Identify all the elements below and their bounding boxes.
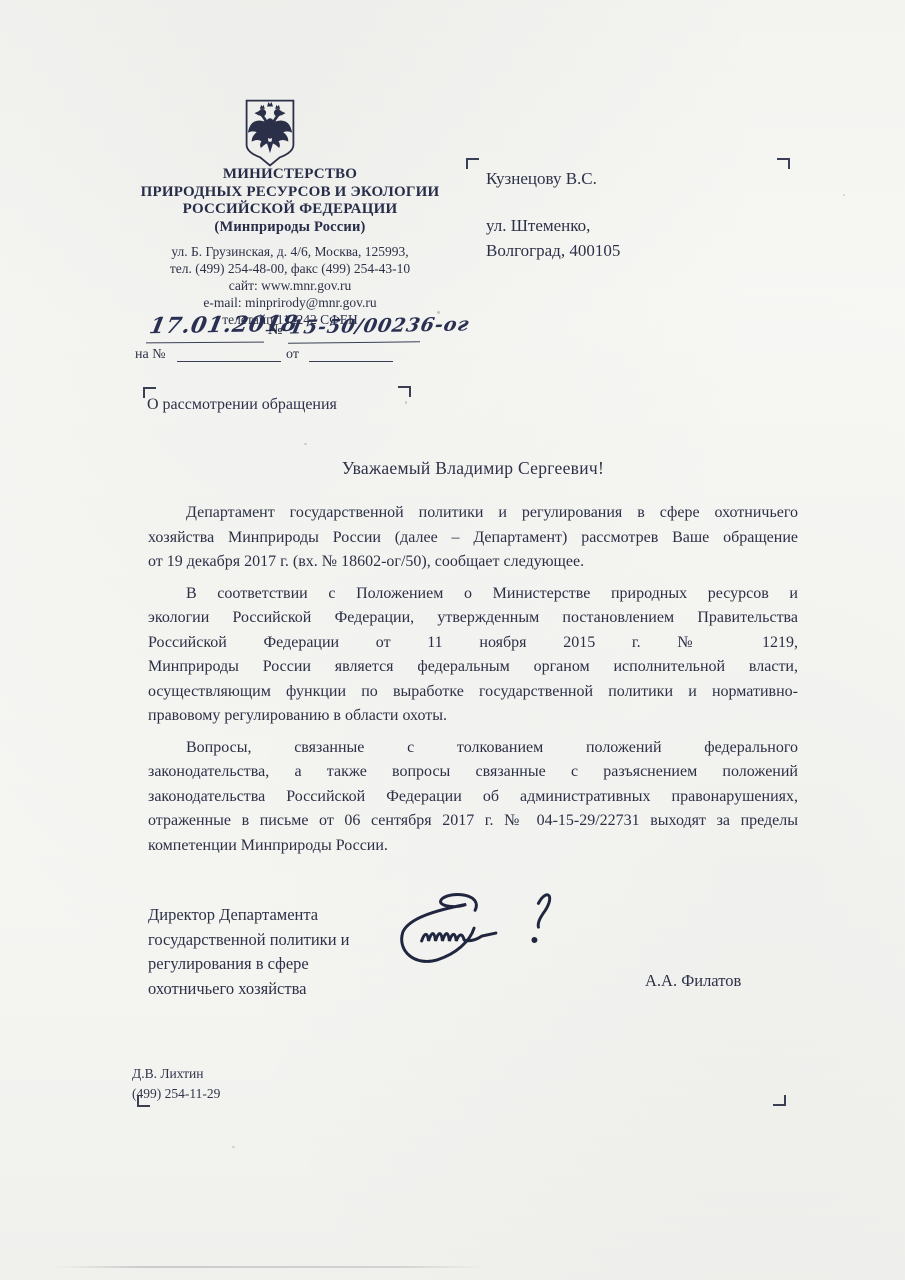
corner-mark-bottom-right xyxy=(773,1095,786,1106)
scanned-letter-page: МИНИСТЕРСТВО ПРИРОДНЫХ РЕСУРСОВ И ЭКОЛОГ… xyxy=(0,0,905,1280)
scan-speck xyxy=(232,1146,235,1148)
body-line: отраженные в письме от 06 сентября 2017 … xyxy=(148,809,798,834)
reply-from-underline xyxy=(309,361,393,362)
signer-title-line: Директор Департамента xyxy=(148,903,350,928)
recipient-street: ул. Штеменко, xyxy=(486,213,620,238)
scan-speck xyxy=(437,311,440,314)
recipient-block: Кузнецову В.С. ул. Штеменко, Волгоград, … xyxy=(486,166,620,263)
body-line: В соответствии с Положением о Министерст… xyxy=(148,582,798,607)
spacer xyxy=(486,191,620,213)
body-line: законодательства Российской Федерации об… xyxy=(148,785,798,810)
body-line: осуществляющим функции по выработке госу… xyxy=(148,680,798,705)
body-line: от 19 декабря 2017 г. (вх. № 18602-ог/50… xyxy=(148,550,798,575)
ministry-name-line: РОССИЙСКОЙ ФЕДЕРАЦИИ xyxy=(100,201,480,219)
body-line: Минприроды России является федеральным о… xyxy=(148,655,798,680)
ministry-name-line: МИНИСТЕРСТВО xyxy=(100,166,480,184)
signer-title-line: регулирования в сфере xyxy=(148,952,350,977)
signer-title-block: Директор Департамента государственной по… xyxy=(148,903,350,1001)
scan-speck xyxy=(405,401,407,404)
body-line: правовому регулированию в области охоты. xyxy=(148,704,798,729)
recipient-name: Кузнецову В.С. xyxy=(486,166,620,191)
russia-coat-of-arms-icon xyxy=(243,97,297,169)
executor-block: Д.В. Лихтин (499) 254-11-29 xyxy=(132,1064,220,1104)
corner-mark-recipient-left xyxy=(466,158,479,169)
ministry-short-name: (Минприроды России) xyxy=(100,219,480,237)
corner-mark-subject-right xyxy=(398,386,411,397)
number-underline xyxy=(288,341,420,343)
number-sign: № xyxy=(268,322,283,339)
body-line: Департамент государственной политики и р… xyxy=(148,501,798,526)
signer-name: А.А. Филатов xyxy=(645,971,741,991)
reply-from-label: от xyxy=(286,347,299,363)
body-line: компетенции Минприроды России. xyxy=(148,834,798,859)
letterhead-phone: тел. (499) 254-48-00, факс (499) 254-43-… xyxy=(100,260,480,277)
body-line: законодательства, а также вопросы связан… xyxy=(148,760,798,785)
letter-body: Департамент государственной политики и р… xyxy=(148,501,798,858)
signer-title-line: охотничьего хозяйства xyxy=(148,977,350,1002)
executor-name: Д.В. Лихтин xyxy=(132,1064,220,1084)
body-line: Вопросы, связанные с толкованием положен… xyxy=(148,736,798,761)
handwritten-signature xyxy=(388,884,576,994)
body-line: экологии Российской Федерации, утвержден… xyxy=(148,606,798,631)
scan-speck xyxy=(843,194,845,196)
body-line: хозяйства Минприроды России (далее – Деп… xyxy=(148,526,798,551)
body-line: Российской Федерации от 11 ноября 2015 г… xyxy=(148,631,798,656)
reply-to-label: на № xyxy=(135,347,166,363)
salutation: Уважаемый Владимир Сергеевич! xyxy=(148,458,798,479)
scan-edge-smudge xyxy=(55,1266,485,1268)
outgoing-number-handwritten: 15-50/00236-ог xyxy=(288,313,472,338)
recipient-city: Волгоград, 400105 xyxy=(486,238,620,263)
letterhead-email: e-mail: minprirody@mnr.gov.ru xyxy=(100,294,480,311)
letterhead-address: ул. Б. Грузинская, д. 4/6, Москва, 12599… xyxy=(100,243,480,260)
signer-title-line: государственной политики и xyxy=(148,928,350,953)
corner-mark-recipient-right xyxy=(777,158,790,169)
date-underline xyxy=(146,342,264,344)
letterhead: МИНИСТЕРСТВО ПРИРОДНЫХ РЕСУРСОВ И ЭКОЛОГ… xyxy=(100,166,480,328)
ministry-name-line: ПРИРОДНЫХ РЕСУРСОВ И ЭКОЛОГИИ xyxy=(100,184,480,202)
subject-line: О рассмотрении обращения xyxy=(147,396,337,414)
executor-phone: (499) 254-11-29 xyxy=(132,1084,220,1104)
scan-speck xyxy=(304,443,307,445)
reply-to-underline xyxy=(177,361,281,362)
letterhead-website: сайт: www.mnr.gov.ru xyxy=(100,277,480,294)
